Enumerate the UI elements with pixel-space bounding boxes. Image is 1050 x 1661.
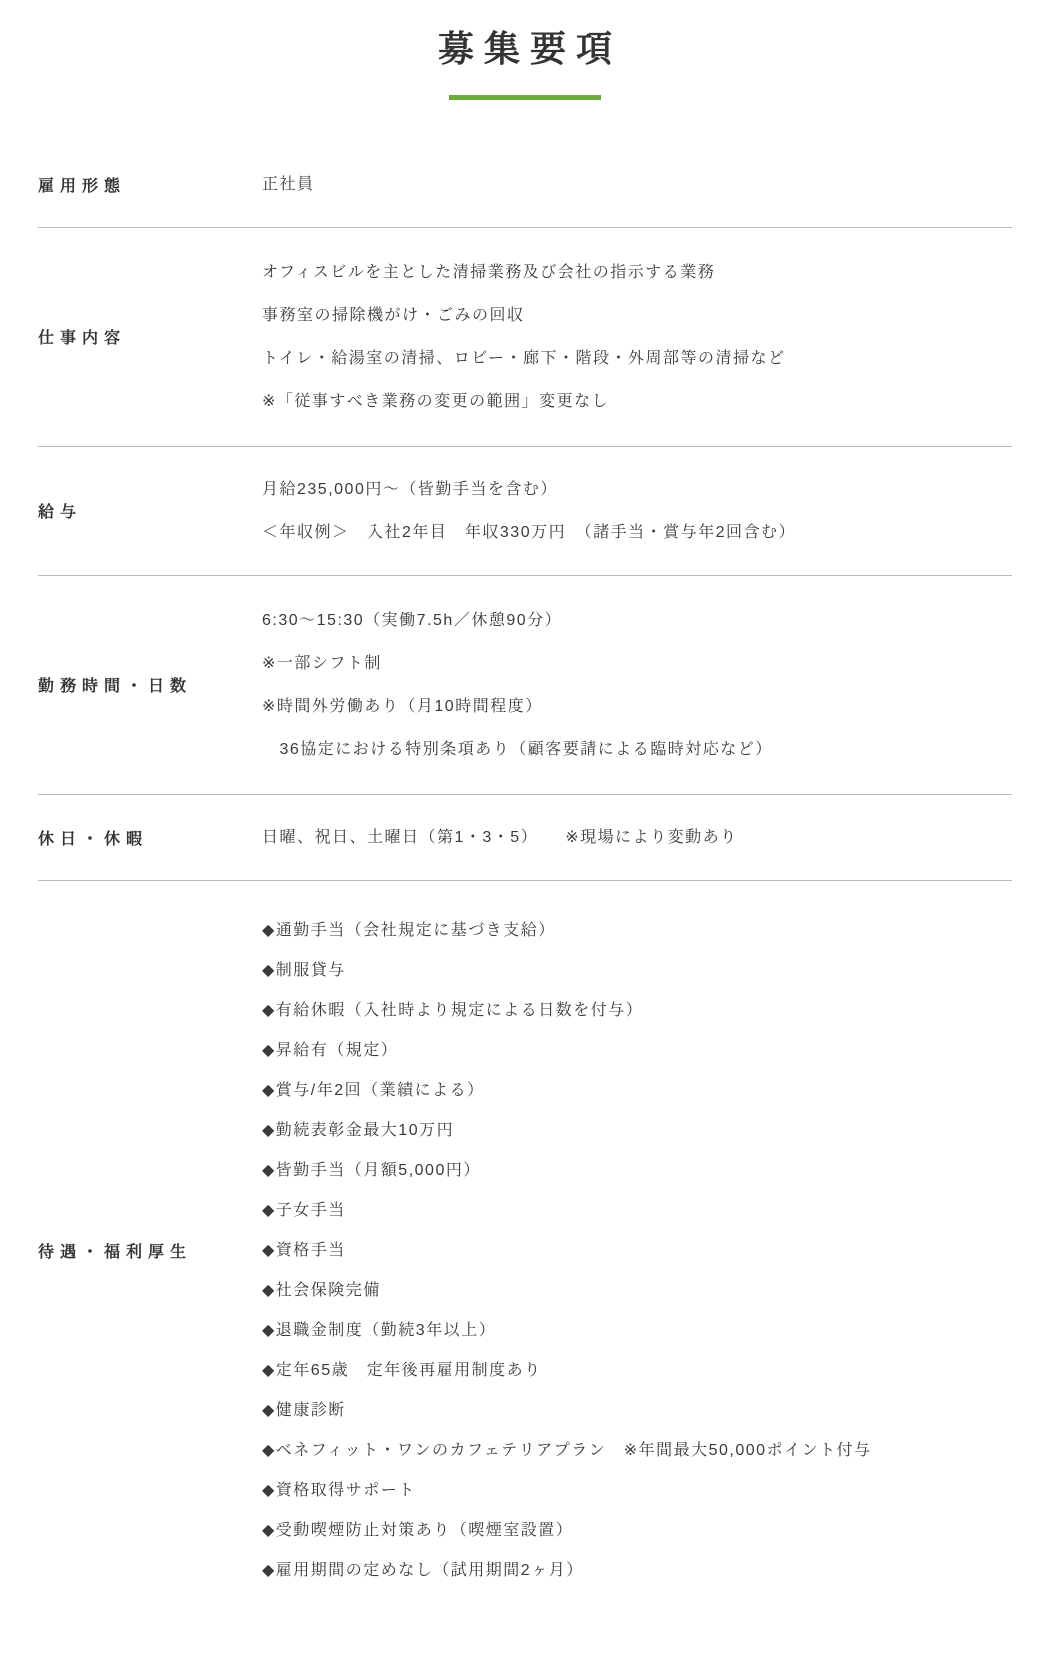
spec-line: ◆有給休暇（入社時より規定による日数を付与）	[262, 991, 1012, 1031]
spec-line: トイレ・給湯室の清掃、ロビー・廊下・階段・外周部等の清掃など	[262, 337, 1012, 380]
spec-row-content: 正社員	[262, 163, 1012, 206]
spec-line: ◆健康診断	[262, 1391, 1012, 1431]
page-header: 募集要項	[38, 26, 1012, 100]
spec-line: ＜年収例＞ 入社2年目 年収330万円 （諸手当・賞与年2回含む）	[262, 511, 1012, 554]
spec-line: 月給235,000円～（皆勤手当を含む）	[262, 468, 1012, 511]
spec-line: ◆勤続表彰金最大10万円	[262, 1111, 1012, 1151]
spec-row-label: 勤務時間・日数	[38, 599, 262, 771]
spec-row-content: 月給235,000円～（皆勤手当を含む）＜年収例＞ 入社2年目 年収330万円 …	[262, 468, 1012, 554]
spec-row-content: 日曜、祝日、土曜日（第1・3・5） ※現場により変動あり	[262, 816, 1012, 859]
spec-line: ◆受動喫煙防止対策あり（喫煙室設置）	[262, 1511, 1012, 1551]
spec-row: 仕事内容オフィスビルを主とした清掃業務及び会社の指示する業務事務室の掃除機がけ・…	[38, 228, 1012, 447]
spec-line: 日曜、祝日、土曜日（第1・3・5） ※現場により変動あり	[262, 816, 1012, 859]
spec-row-content: ◆通勤手当（会社規定に基づき支給）◆制服貸与◆有給休暇（入社時より規定による日数…	[262, 911, 1012, 1591]
spec-row: 休日・休暇日曜、祝日、土曜日（第1・3・5） ※現場により変動あり	[38, 795, 1012, 881]
spec-line: ◆資格取得サポート	[262, 1471, 1012, 1511]
spec-row-content: オフィスビルを主とした清掃業務及び会社の指示する業務事務室の掃除機がけ・ごみの回…	[262, 251, 1012, 423]
spec-line: ◆ベネフィット・ワンのカフェテリアプラン ※年間最大50,000ポイント付与	[262, 1431, 1012, 1471]
spec-line: ◆子女手当	[262, 1191, 1012, 1231]
spec-line: ◆賞与/年2回（業績による）	[262, 1071, 1012, 1111]
spec-row-label: 待遇・福利厚生	[38, 911, 262, 1591]
spec-line: ◆定年65歳 定年後再雇用制度あり	[262, 1351, 1012, 1391]
spec-line: ◆雇用期間の定めなし（試用期間2ヶ月）	[262, 1551, 1012, 1591]
spec-row-label: 休日・休暇	[38, 816, 262, 859]
spec-line: 正社員	[262, 163, 1012, 206]
spec-row-label: 仕事内容	[38, 251, 262, 423]
spec-line: ◆皆勤手当（月額5,000円）	[262, 1151, 1012, 1191]
spec-line: ◆制服貸与	[262, 951, 1012, 991]
spec-row-label: 給与	[38, 468, 262, 554]
spec-line: 6:30～15:30（実働7.5h／休憩90分）	[262, 599, 1012, 642]
spec-table: 雇用形態正社員仕事内容オフィスビルを主とした清掃業務及び会社の指示する業務事務室…	[38, 142, 1012, 1621]
recruitment-page: 募集要項 雇用形態正社員仕事内容オフィスビルを主とした清掃業務及び会社の指示する…	[0, 0, 1050, 1661]
spec-row: 雇用形態正社員	[38, 142, 1012, 228]
spec-line: ◆資格手当	[262, 1231, 1012, 1271]
spec-line: ※時間外労働あり（月10時間程度）	[262, 685, 1012, 728]
spec-row-content: 6:30～15:30（実働7.5h／休憩90分）※一部シフト制※時間外労働あり（…	[262, 599, 1012, 771]
spec-line: ◆昇給有（規定）	[262, 1031, 1012, 1071]
spec-line: オフィスビルを主とした清掃業務及び会社の指示する業務	[262, 251, 1012, 294]
spec-line: ※一部シフト制	[262, 642, 1012, 685]
page-title: 募集要項	[38, 26, 1012, 73]
spec-row: 勤務時間・日数6:30～15:30（実働7.5h／休憩90分）※一部シフト制※時…	[38, 576, 1012, 795]
spec-line: 事務室の掃除機がけ・ごみの回収	[262, 294, 1012, 337]
spec-row: 給与月給235,000円～（皆勤手当を含む）＜年収例＞ 入社2年目 年収330万…	[38, 447, 1012, 576]
spec-line: ◆通勤手当（会社規定に基づき支給）	[262, 911, 1012, 951]
spec-line: ◆社会保険完備	[262, 1271, 1012, 1311]
spec-line: ◆退職金制度（勤続3年以上）	[262, 1311, 1012, 1351]
spec-line: 36協定における特別条項あり（顧客要請による臨時対応など）	[262, 728, 1012, 771]
spec-row-label: 雇用形態	[38, 163, 262, 206]
spec-row: 待遇・福利厚生◆通勤手当（会社規定に基づき支給）◆制服貸与◆有給休暇（入社時より…	[38, 881, 1012, 1621]
title-underline-accent	[449, 95, 601, 100]
spec-line: ※「従事すべき業務の変更の範囲」変更なし	[262, 380, 1012, 423]
